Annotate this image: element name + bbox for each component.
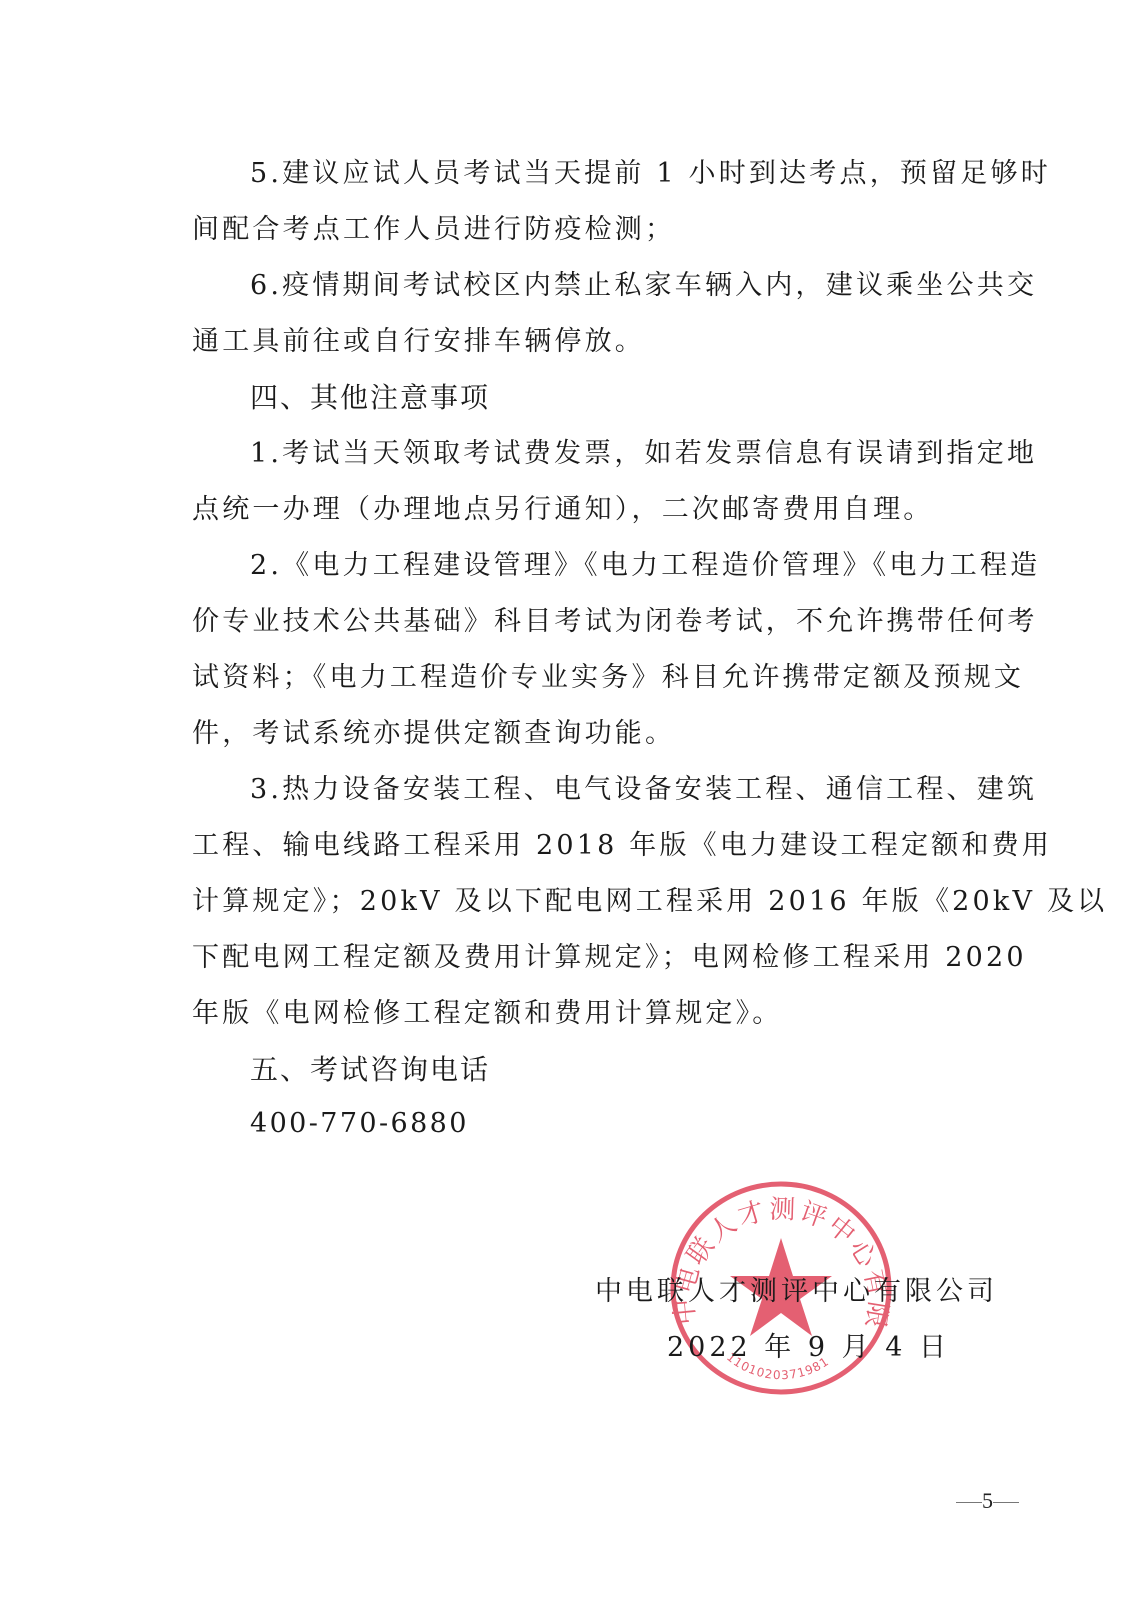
item-3-line-3: 计算规定》；20kV 及以下配电网工程采用 2016 年版《20kV 及以 — [192, 884, 1022, 920]
paragraph-6-line-2: 通工具前往或自行安排车辆停放。 — [192, 324, 1022, 360]
consult-phone-number: 400-770-6880 — [250, 1106, 469, 1142]
paragraph-5-line-1: 5.建议应试人员考试当天提前 1 小时到达考点，预留足够时 — [250, 156, 1022, 192]
signature-date: 2022 年 9 月 4 日 — [667, 1330, 950, 1366]
item-3-line-2: 工程、输电线路工程采用 2018 年版《电力建设工程定额和费用 — [192, 828, 1022, 864]
page-number-value: 5 — [982, 1488, 993, 1513]
item-1-line-2: 点统一办理（办理地点另行通知），二次邮寄费用自理。 — [192, 492, 1022, 528]
item-3-line-1: 3.热力设备安装工程、电气设备安装工程、通信工程、建筑 — [250, 772, 1022, 808]
page-number-dash-left — [956, 1502, 982, 1503]
page-number-dash-right — [993, 1502, 1019, 1503]
item-2-line-2: 价专业技术公共基础》科目考试为闭卷考试，不允许携带任何考 — [192, 604, 1022, 640]
signature-organization: 中电联人才测评中心有限公司 — [595, 1274, 998, 1310]
item-2-line-3: 试资料；《电力工程造价专业实务》科目允许携带定额及预规文 — [192, 660, 1022, 696]
page-number: 5 — [956, 1488, 1019, 1514]
item-2-line-4: 件，考试系统亦提供定额查询功能。 — [192, 716, 1022, 752]
item-3-line-4: 下配电网工程定额及费用计算规定》；电网检修工程采用 2020 — [192, 940, 1022, 976]
section-4-heading: 四、其他注意事项 — [250, 380, 490, 416]
item-3-line-5: 年版《电网检修工程定额和费用计算规定》。 — [192, 996, 1022, 1032]
document-page: 5.建议应试人员考试当天提前 1 小时到达考点，预留足够时 间配合考点工作人员进… — [0, 0, 1130, 1600]
section-5-heading: 五、考试咨询电话 — [250, 1052, 490, 1088]
paragraph-5-line-2: 间配合考点工作人员进行防疫检测； — [192, 212, 1022, 248]
item-1-line-1: 1.考试当天领取考试费发票，如若发票信息有误请到指定地 — [250, 436, 1022, 472]
paragraph-6-line-1: 6.疫情期间考试校区内禁止私家车辆入内，建议乘坐公共交 — [250, 268, 1022, 304]
item-2-line-1: 2.《电力工程建设管理》《电力工程造价管理》《电力工程造 — [250, 548, 1022, 584]
